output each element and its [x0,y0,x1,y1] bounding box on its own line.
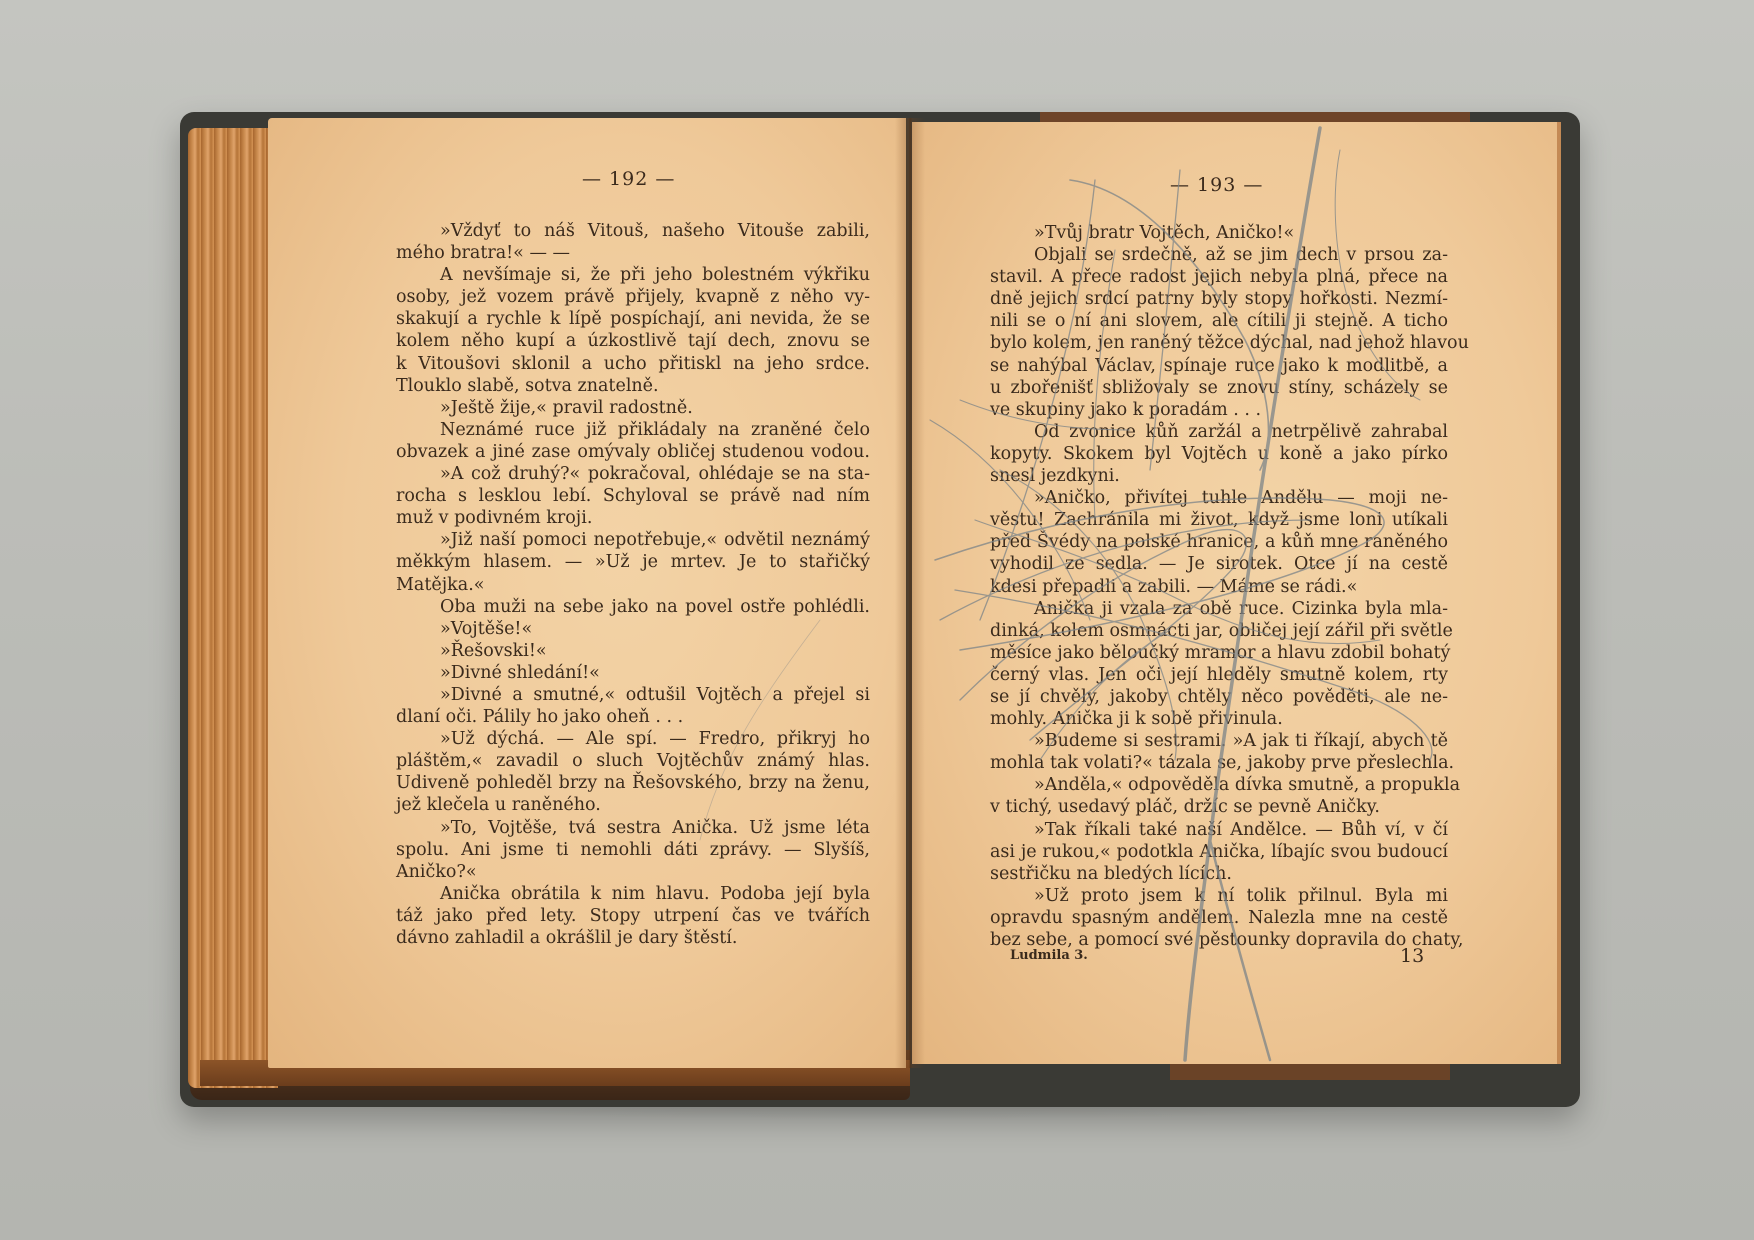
text-line: černý vlas. Jen oči její hleděly smutně … [990,664,1448,686]
text-line: »Divné shledání!« [396,662,870,684]
right-page-text: »Tvůj bratr Vojtěch, Aničko!«Objali se s… [990,222,1448,951]
right-page-number: — 193 — [1170,174,1263,196]
text-line: obvazek a jiné zase omývaly obličej stud… [396,441,870,463]
text-line: Objali se srdečně, až se jim dech v prso… [990,244,1448,266]
text-line: u zbořenišť sbližovaly se znovu stíny, s… [990,377,1448,399]
text-line: Od zvonice kůň zaržál a netrpělivě zahra… [990,421,1448,443]
text-line: »Již naší pomoci nepotřebuje,« odvětil n… [396,529,870,551]
text-line: vyhodil ze sedla. — Je sirotek. Otce jí … [990,553,1448,575]
left-page-number: — 192 — [582,168,675,190]
text-line: kolem něho kupí a úzkostlivě tají dech, … [396,330,870,352]
text-line: »Budeme si sestrami. »A jak ti říkají, a… [990,730,1448,752]
text-line: »Vždyť to náš Vitouš, našeho Vitouše zab… [396,220,870,242]
text-line: »Ještě žije,« pravil radostně. [396,397,870,419]
text-line: stavil. A přece radost jejich nebyla pln… [990,266,1448,288]
text-line: »Anděla,« odpověděla dívka smutně, a pro… [990,774,1448,796]
text-line: Tlouklo slabě, sotva znatelně. [396,375,870,397]
text-line: »Řešovski!« [396,640,870,662]
text-line: »Tvůj bratr Vojtěch, Aničko!« [990,222,1448,244]
text-line: skakují a rychle k lípě pospíchají, ani … [396,308,870,330]
text-line: měkkým hlasem. — »Už je mrtev. Je to sta… [396,551,870,573]
text-line: k Vitoušovi sklonil a ucho přitiskl na j… [396,353,870,375]
text-line: Matějka.« [396,574,870,596]
text-line: dlaní oči. Pálily ho jako oheň . . . [396,706,870,728]
text-line: »Vojtěše!« [396,618,870,640]
text-line: »Tak říkali také naší Andělce. — Bůh ví,… [990,819,1448,841]
text-line: před Švédy na polské hranice, a kůň mne … [990,531,1448,553]
text-line: »Už dýchá. — Ale spí. — Fredro, přikryj … [396,728,870,750]
text-line: mohly. Anička ji k sobě přivinula. [990,708,1448,730]
text-line: mohla tak volati?« tázala se, jakoby prv… [990,752,1448,774]
text-line: Aničko?« [396,861,870,883]
text-line: bylo kolem, jen raněný těžce dýchal, nad… [990,332,1448,354]
text-line: sestřičku na bledých lících. [990,863,1448,885]
text-line: se nahýbal Václav, spínaje ruce jako k m… [990,355,1448,377]
text-line: »To, Vojtěše, tvá sestra Anička. Už jsme… [396,817,870,839]
text-line: Anička obrátila k nim hlavu. Podoba její… [396,883,870,905]
text-line: se jí chvěly, jakoby chtěly něco povědět… [990,686,1448,708]
book-gutter [895,118,925,1068]
text-line: muž v podivném kroji. [396,507,870,529]
text-line: spolu. Ani jsme ti nemohli dáti zprávy. … [396,839,870,861]
page-stack-edge [188,128,278,1088]
text-line: osoby, jež vozem právě přijely, kvapně z… [396,286,870,308]
text-line: »Aničko, přivítej tuhle Andělu — moji ne… [990,487,1448,509]
text-line: nili se o ní ani slovem, ale cítili ji s… [990,310,1448,332]
left-page-text: »Vždyť to náš Vitouš, našeho Vitouše zab… [396,220,870,949]
text-line: Udiveně pohleděl brzy na Řešovského, brz… [396,772,870,794]
printer-signature: Ludmila 3. [1010,948,1088,963]
text-line: rocha s lesklou lebí. Schyloval se právě… [396,485,870,507]
text-line: »Divné a smutné,« odtušil Vojtěch a přej… [396,684,870,706]
text-line: A nevšímaje si, že při jeho bolestném vý… [396,264,870,286]
text-line: dávno zahladil a okrášlil je dary štěstí… [396,927,870,949]
text-line: Oba muži na sebe jako na povel ostře poh… [396,596,870,618]
text-line: Anička ji vzala za obě ruce. Cizinka byl… [990,598,1448,620]
text-line: jež klečela u raněného. [396,794,870,816]
text-line: kdesi přepadli a zabili. — Máme se rádi.… [990,576,1448,598]
text-line: měsíce jako bělоučký mramor a hlavu zdob… [990,642,1448,664]
text-line: v tichý, usedavý pláč, držíc se pevně An… [990,796,1448,818]
text-line: asi je rukou,« podotkla Anička, líbajíc … [990,841,1448,863]
text-line: mého bratra!« — — [396,242,870,264]
text-line: Neznámé ruce již přikládaly na zraněné č… [396,419,870,441]
text-line: opravdu spasným andělem. Nalezla mne na … [990,907,1448,929]
text-line: táž jako před lety. Stopy utrpení čas ve… [396,905,870,927]
text-line: pláštěm,« zavadil o sluch Vojtěchův znám… [396,750,870,772]
sheet-number: 13 [1400,945,1424,967]
text-line: »A což druhý?« pokračoval, ohlédaje se n… [396,463,870,485]
text-line: dně jejich srdcí patrny byly stopy hořko… [990,288,1448,310]
text-line: ve skupiny jako k poradám . . . [990,399,1448,421]
text-line: kopyty. Skokem byl Vojtěch u koně a jako… [990,443,1448,465]
text-line: »Už proto jsem k ní tolik přilnul. Byla … [990,885,1448,907]
text-line: dinká, kolem osmnácti jar, obličej její … [990,620,1448,642]
text-line: věstu! Zachránila mi život, když jsme lo… [990,509,1448,531]
text-line: snesl jezdkyni. [990,465,1448,487]
